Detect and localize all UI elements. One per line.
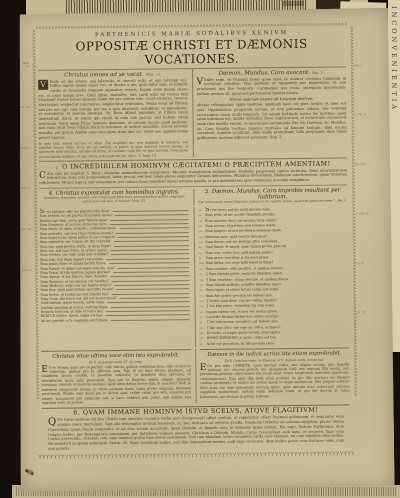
marginal-note: Eccl. 21.: [355, 163, 385, 166]
section-scelus-body: QVis furiis agitatus ad ista Christi tam…: [48, 415, 344, 451]
marginal-note: Ioan. 7.: [19, 147, 31, 150]
marginal-note: 2. Cor. 11.: [356, 212, 386, 215]
marginal-note: Ioan. 10.: [18, 106, 30, 109]
intro-right-heading-text: Dæmon, Mundus, Caro avocant.: [219, 69, 311, 76]
section-caecitas-body: CAro suis (ut loquitur S. Bern.) elargit…: [39, 168, 347, 185]
verse-line: Io.Nolle est peccatum: tu tibi poenam pa…: [200, 340, 350, 347]
list-header-left: 4. Christus expostulat cum hominibus ing…: [39, 189, 189, 207]
exprobration-christ: Christus vitae ultima voce olim ista exp…: [41, 350, 191, 406]
exprobration-christ-body: ECce, Homo, quae pro te pertuli: vide cl…: [41, 364, 191, 405]
broadside-page: ʌʌʌʌʌʌʌʌʌʌʌʌʌʌʌʌʌʌʌʌʌʌʌʌʌʌʌʌʌʌʌʌʌʌʌʌʌʌʌʌ…: [15, 8, 394, 492]
intro-column-daemon: Dæmon, Mundus, Caro avocant. Sap. 2. VEn…: [196, 67, 346, 157]
marginal-notes-right: Sap. 2.1. Pet. 5.Eccl. 21.2. Cor. 11.Iac…: [354, 64, 387, 314]
column-divider: [193, 189, 194, 206]
scallop-border-bottom: YYYYYYYYYYYYYYYYYYYYYYYYYYYYYYYYYYYYYYYY…: [38, 451, 353, 463]
drop-cap-initial: C: [39, 172, 46, 180]
intro-right-paragraph: VEnite ergo, et fruamur bonis quae sunt,…: [197, 76, 347, 96]
list-headers: 4. Christus expostulat cum hominibus ing…: [39, 184, 347, 207]
verse-list-daemon: Ge.Si vis tueri: aut hic nihil placere v…: [198, 205, 349, 347]
masthead: PARTHENICIS MARIÆ SODALIBVS XENIVM OPPOS…: [38, 29, 346, 70]
list-header-right: 5. Dæmon, Mundus, Caro improbis insultan…: [198, 187, 348, 205]
intro-right-text: Enite ergo, et fruamur bonis quae sunt, …: [197, 76, 347, 96]
marginal-note: Iac. 4.: [356, 262, 386, 265]
intro-columns: Christus omnes ad se vocat. Matt. 11. VE…: [38, 67, 347, 159]
marginal-note: Luc. 14.: [20, 228, 32, 231]
section-caecitas: 2.O INCREDIBILEM HOMINVM CÆCITATEM! O PR…: [39, 158, 347, 186]
list-header-right-quote: Ego adversarius vester Diabolus, tamquam…: [198, 200, 348, 205]
column-divider: [193, 207, 196, 347]
verse-list-christ: Si vis pulcher: abs me placitus tibi dic…: [40, 207, 191, 349]
intro-left-paragraph: VEnite ad me omnes, qui laboratis, et on…: [38, 78, 188, 140]
section-caecitas-text: Aro suis (ut loquitur S. Bern.) elargitu…: [39, 168, 347, 185]
marginal-notes-left: Matt. 11.Ioan. 10.Ioan. 7.Apoc. 3.Luc. 1…: [18, 62, 32, 272]
adjacent-sheet-right-title: INCONVENIENTIA: [388, 0, 398, 112]
exprobration-daemon-text: Go pro istis, CHRISTE, quos mecum vides,…: [200, 362, 350, 399]
marginal-note: Ioan. 8.: [20, 269, 32, 272]
column-divider: [191, 69, 193, 157]
exprobration-daemon-body: EGo pro istis, CHRISTE, quos mecum vides…: [200, 362, 350, 399]
drop-cap-initial: V: [197, 78, 204, 86]
marginal-note: Matt. 11.: [18, 62, 30, 68]
section-scelus: 6. QVAM IMMANE HOMINVM ISTVD SCELVS, ATQ…: [42, 404, 350, 451]
verse-lists: Si vis pulcher: abs me placitus tibi dic…: [40, 205, 350, 348]
verse-line: Ad me parvuli: a te magnum est fulmen.: [41, 317, 191, 323]
woodcut-initial: V: [38, 80, 48, 90]
drop-cap-initial: Q: [48, 418, 56, 427]
ink-smudge: [22, 466, 38, 478]
page-title: OPPOSITÆ CHRISTI ET DÆMONIS VOCATIONES.: [38, 36, 346, 70]
marginal-note: Apoc. 3.: [19, 187, 31, 190]
section-scelus-text: Vis furiis agitatus ad ista Christi tam …: [48, 415, 344, 451]
section-number: 2.: [55, 164, 60, 169]
drop-cap-initial: E: [200, 364, 207, 372]
scan-background: INCONVENIENTIA ʌʌʌʌʌʌʌʌʌʌʌʌʌʌʌʌʌʌʌʌʌʌʌʌʌ…: [0, 0, 400, 498]
drop-cap-initial: E: [41, 365, 48, 373]
printed-area: PARTHENICIS MARIÆ SODALIBVS XENIVM OPPOS…: [38, 29, 351, 452]
intro-right-paragraph-2: ubique relinquamus signa laetitiae: quon…: [197, 102, 347, 141]
intro-left-heading-text: Christus omnes ad se vocat.: [64, 71, 144, 78]
intro-left-ref: Matt. 11.: [146, 72, 162, 76]
marginal-note: Ps. 72.: [357, 311, 387, 314]
intro-left-paragraph-2: Si quis sitit, veniat ad me, et bibat. Q…: [39, 140, 189, 159]
marginal-note: Sap. 2.: [354, 64, 384, 67]
exprobration-christ-text: Cce, Homo, quae pro te pertuli: vide cla…: [41, 364, 191, 405]
intro-left-text: Enite ad me omnes, qui laboratis, et one…: [38, 78, 188, 140]
column-divider: [195, 350, 197, 404]
marginal-note: 1. Pet. 5.: [354, 113, 384, 116]
intro-right-ref: Sap. 2.: [312, 70, 324, 74]
exprobration-daemon: Dæmon in die iudicii acrius ista etiam e…: [200, 348, 350, 404]
list-header-left-quote: Ierusalem, Ierusalem, quoties volui cong…: [39, 195, 189, 204]
exprobration-columns: Christus vitae ultima voce olim ista exp…: [41, 348, 350, 405]
intro-column-christ: Christus omnes ad se vocat. Matt. 11. VE…: [38, 69, 188, 159]
